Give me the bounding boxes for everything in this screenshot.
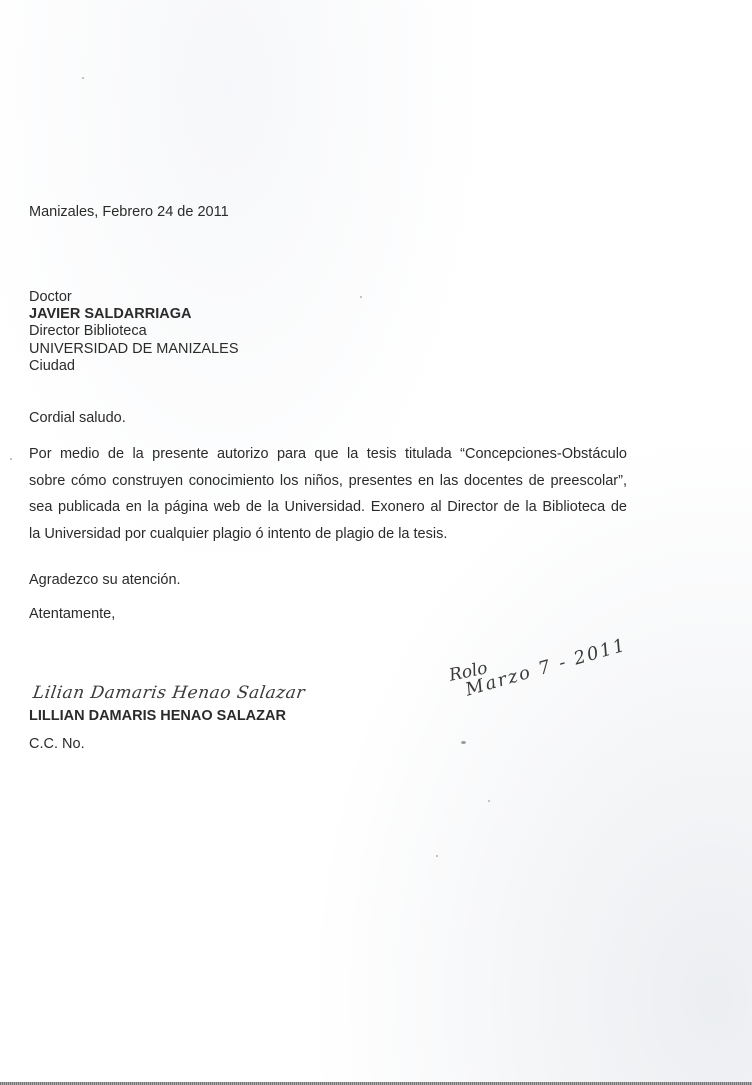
body-line: la Universidad por cualquier plagio ó in…	[29, 521, 627, 548]
recipient-position: Director Biblioteca	[29, 322, 147, 340]
recipient-name: JAVIER SALDARRIAGA	[29, 305, 191, 323]
recipient-city: Ciudad	[29, 357, 75, 375]
handwritten-note-date: Marzo 7 - 2011	[463, 634, 629, 700]
scan-speck	[82, 77, 84, 79]
body-paragraph: Por medio de la presente autorizo para q…	[29, 441, 627, 547]
greeting: Cordial saludo.	[29, 409, 126, 427]
closing-line: Atentamente,	[29, 605, 115, 623]
scan-speck	[488, 800, 490, 802]
scan-speck	[10, 458, 12, 460]
date-line: Manizales, Febrero 24 de 2011	[29, 203, 229, 221]
body-line: sobre cómo construyen conocimiento los n…	[29, 468, 627, 495]
signer-printed-name: LILLIAN DAMARIS HENAO SALAZAR	[29, 707, 286, 725]
scan-speck	[461, 741, 466, 744]
scanned-letter-page: Manizales, Febrero 24 de 2011 Doctor JAV…	[0, 0, 752, 1085]
thanks-line: Agradezco su atención.	[29, 571, 181, 589]
recipient-institution: UNIVERSIDAD DE MANIZALES	[29, 340, 239, 358]
body-line: sea publicada en la página web de la Uni…	[29, 494, 627, 521]
recipient-title: Doctor	[29, 288, 72, 306]
handwritten-signature: Lilian Damaris Henao Salazar	[32, 683, 307, 703]
scan-speck	[436, 855, 438, 857]
scan-speck	[360, 296, 362, 298]
id-label: C.C. No.	[29, 735, 85, 753]
body-line: Por medio de la presente autorizo para q…	[29, 441, 627, 468]
